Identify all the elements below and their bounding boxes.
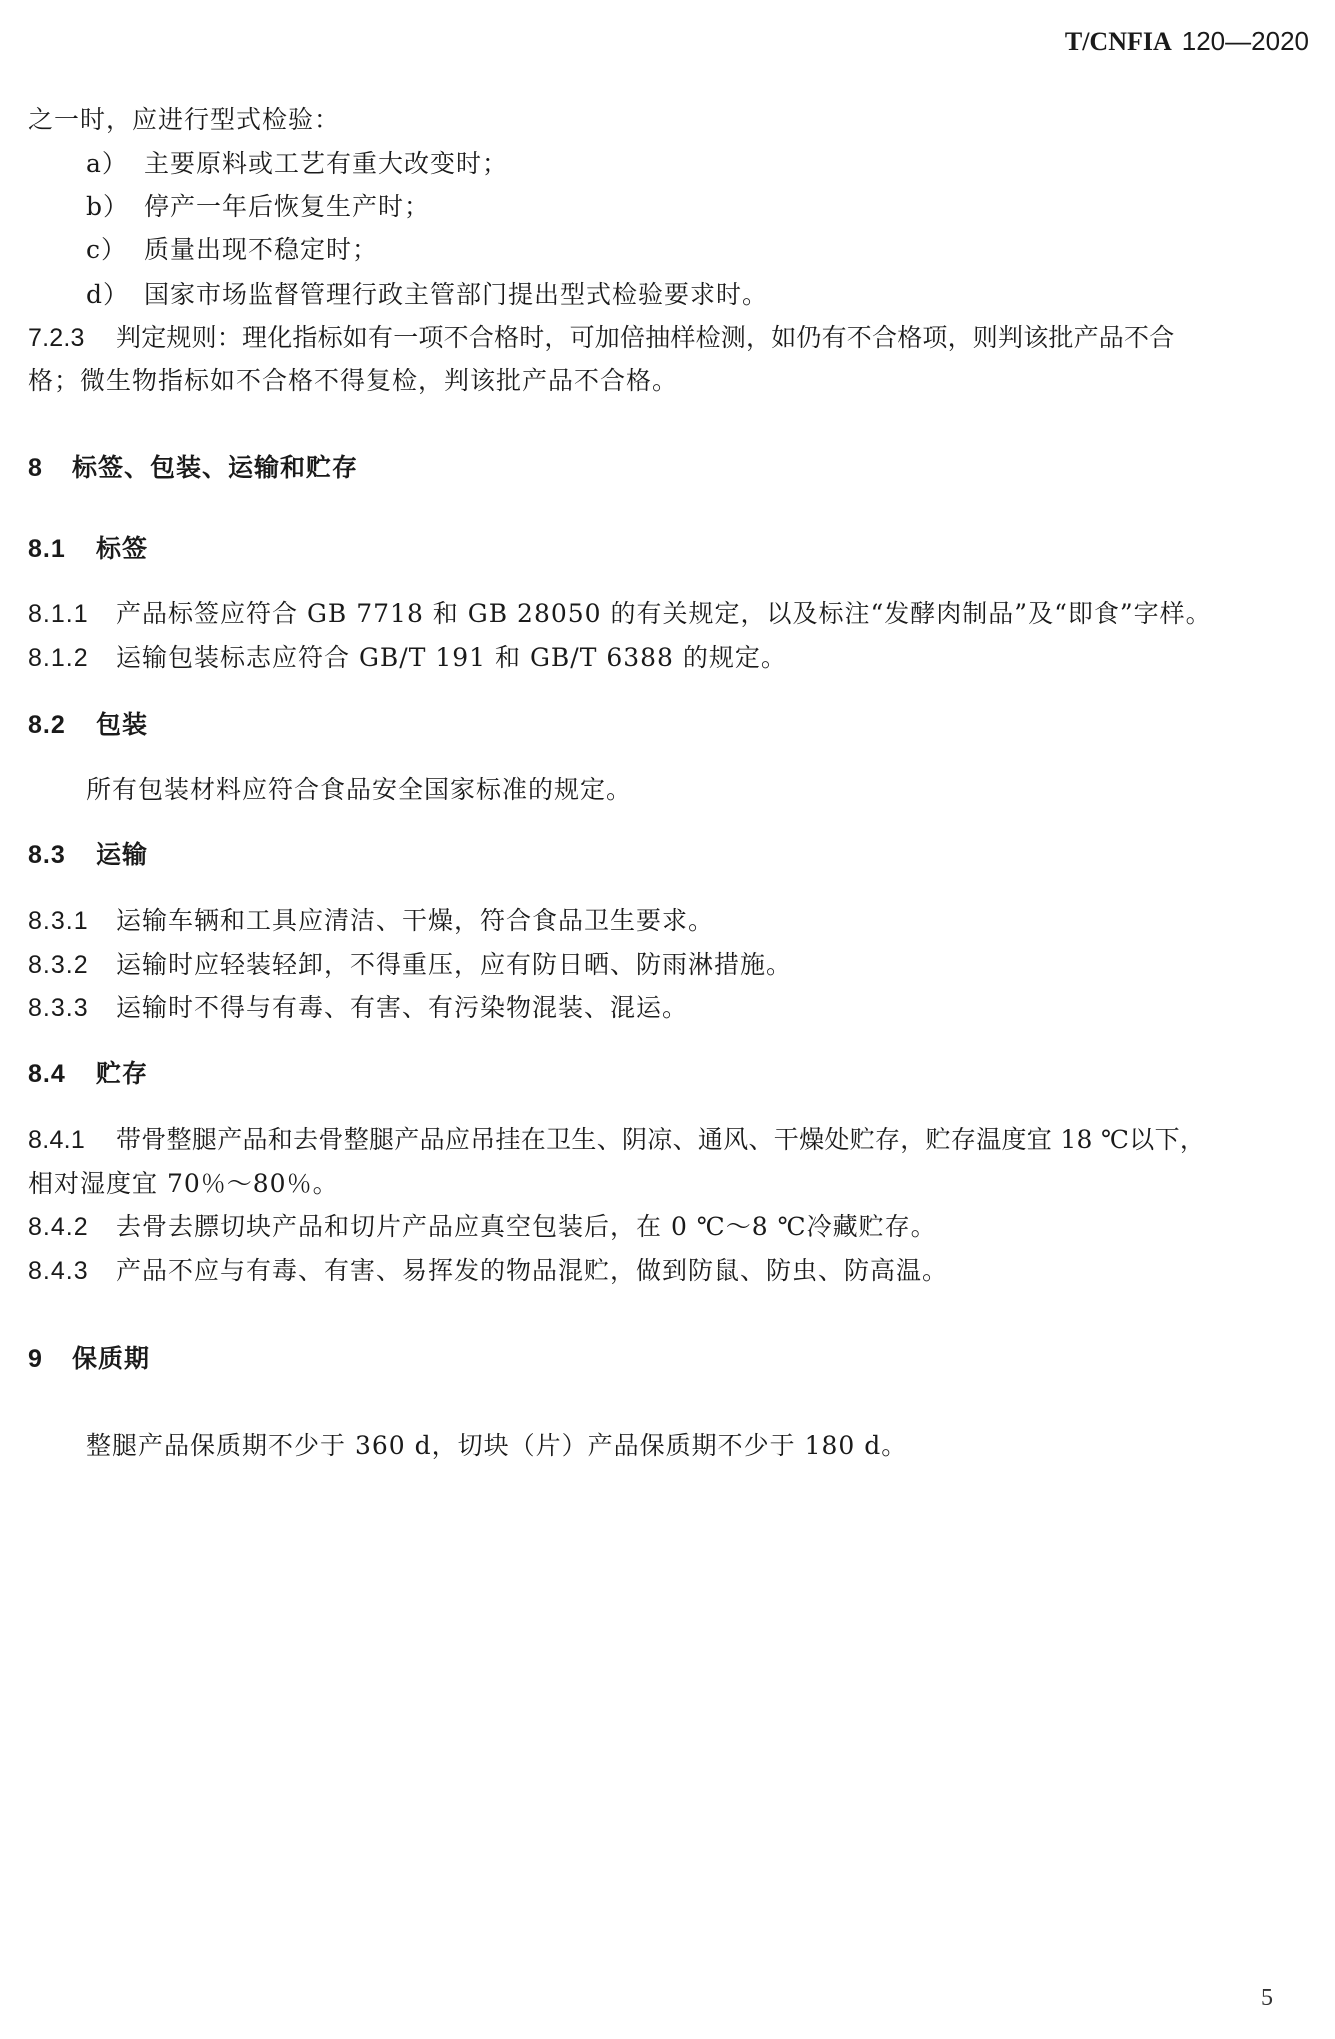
list-text: 主要原料或工艺有重大改变时； bbox=[144, 149, 508, 178]
subsection-title: 标签 bbox=[96, 534, 148, 563]
list-item-d: d）国家市场监督管理行政主管部门提出型式检验要求时。 bbox=[86, 280, 768, 310]
clause-8-4-1: 8.4.1带骨整腿产品和去骨整腿产品应吊挂在卫生、阴凉、通风、干燥处贮存，贮存温… bbox=[28, 1125, 1205, 1155]
subsection-number: 8.2 bbox=[28, 710, 96, 740]
subsection-title: 运输 bbox=[96, 840, 148, 869]
clause-8-4-1-continuation: 相对湿度宜 70％～80％。 bbox=[28, 1169, 339, 1199]
list-marker: d） bbox=[86, 280, 144, 310]
subsection-number: 8.1 bbox=[28, 534, 96, 564]
list-marker: b） bbox=[86, 192, 144, 222]
section-number: 9 bbox=[28, 1344, 72, 1374]
subsection-title: 贮存 bbox=[96, 1059, 148, 1088]
clause-text: 运输时应轻装轻卸，不得重压，应有防日晒、防雨淋措施。 bbox=[116, 950, 792, 979]
subsection-number: 8.4 bbox=[28, 1059, 96, 1089]
section-heading-9: 9保质期 bbox=[28, 1344, 150, 1374]
clause-number: 8.3.1 bbox=[28, 906, 116, 936]
clause-number: 8.3.3 bbox=[28, 993, 116, 1023]
clause-8-1-2: 8.1.2运输包装标志应符合 GB/T 191 和 GB/T 6388 的规定。 bbox=[28, 643, 787, 673]
list-text: 质量出现不稳定时； bbox=[144, 235, 378, 264]
paragraph-8-2: 所有包装材料应符合食品安全国家标准的规定。 bbox=[86, 775, 632, 805]
clause-text: 判定规则：理化指标如有一项不合格时，可加倍抽样检测，如仍有不合格项，则判该批产品… bbox=[116, 323, 1174, 352]
clause-8-4-3: 8.4.3产品不应与有毒、有害、易挥发的物品混贮，做到防鼠、防虫、防高温。 bbox=[28, 1256, 948, 1286]
clause-text: 运输包装标志应符合 GB/T 191 和 GB/T 6388 的规定。 bbox=[116, 643, 787, 672]
section-title: 标签、包装、运输和贮存 bbox=[72, 453, 358, 482]
clause-text: 去骨去膘切块产品和切片产品应真空包装后，在 0 ℃～8 ℃冷藏贮存。 bbox=[116, 1212, 937, 1241]
clause-8-3-1: 8.3.1运输车辆和工具应清洁、干燥，符合食品卫生要求。 bbox=[28, 906, 714, 936]
clause-text: 产品不应与有毒、有害、易挥发的物品混贮，做到防鼠、防虫、防高温。 bbox=[116, 1256, 948, 1285]
list-marker: c） bbox=[86, 235, 144, 265]
subsection-heading-8-4: 8.4贮存 bbox=[28, 1059, 148, 1089]
list-item-c: c）质量出现不稳定时； bbox=[86, 235, 378, 265]
clause-7-2-3: 7.2.3判定规则：理化指标如有一项不合格时，可加倍抽样检测，如仍有不合格项，则… bbox=[28, 323, 1174, 353]
clause-number: 8.3.2 bbox=[28, 950, 116, 980]
clause-8-4-2: 8.4.2去骨去膘切块产品和切片产品应真空包装后，在 0 ℃～8 ℃冷藏贮存。 bbox=[28, 1212, 937, 1242]
subsection-heading-8-2: 8.2包装 bbox=[28, 710, 148, 740]
section-number: 8 bbox=[28, 453, 72, 483]
section-title: 保质期 bbox=[72, 1344, 150, 1373]
clause-number: 7.2.3 bbox=[28, 323, 116, 353]
standard-prefix: T/CNFIA bbox=[1065, 27, 1172, 56]
clause-number: 8.1.1 bbox=[28, 599, 116, 629]
standard-number: 120—2020 bbox=[1182, 26, 1309, 56]
subsection-title: 包装 bbox=[96, 710, 148, 739]
clause-text: 产品标签应符合 GB 7718 和 GB 28050 的有关规定，以及标注“发酵… bbox=[116, 599, 1212, 628]
clause-8-1-1: 8.1.1产品标签应符合 GB 7718 和 GB 28050 的有关规定，以及… bbox=[28, 599, 1212, 629]
clause-number: 8.4.2 bbox=[28, 1212, 116, 1242]
clause-text: 运输车辆和工具应清洁、干燥，符合食品卫生要求。 bbox=[116, 906, 714, 935]
clause-text: 运输时不得与有毒、有害、有污染物混装、混运。 bbox=[116, 993, 688, 1022]
clause-8-3-3: 8.3.3运输时不得与有毒、有害、有污染物混装、混运。 bbox=[28, 993, 688, 1023]
subsection-number: 8.3 bbox=[28, 840, 96, 870]
list-text: 停产一年后恢复生产时； bbox=[144, 192, 430, 221]
subsection-heading-8-3: 8.3运输 bbox=[28, 840, 148, 870]
list-item-a: a）主要原料或工艺有重大改变时； bbox=[86, 149, 508, 179]
subsection-heading-8-1: 8.1标签 bbox=[28, 534, 148, 564]
list-marker: a） bbox=[86, 149, 144, 179]
paragraph-9: 整腿产品保质期不少于 360 d，切块（片）产品保质期不少于 180 d。 bbox=[86, 1431, 907, 1461]
standard-code: T/CNFIA120—2020 bbox=[1065, 26, 1309, 57]
clause-number: 8.4.1 bbox=[28, 1125, 116, 1155]
section-heading-8: 8标签、包装、运输和贮存 bbox=[28, 453, 358, 483]
clause-7-2-3-continuation: 格；微生物指标如不合格不得复检，判该批产品不合格。 bbox=[28, 366, 678, 396]
page-number: 5 bbox=[1261, 1985, 1273, 2012]
continuation-intro: 之一时，应进行型式检验： bbox=[28, 105, 340, 135]
clause-number: 8.4.3 bbox=[28, 1256, 116, 1286]
list-text: 国家市场监督管理行政主管部门提出型式检验要求时。 bbox=[144, 280, 768, 309]
list-item-b: b）停产一年后恢复生产时； bbox=[86, 192, 430, 222]
clause-8-3-2: 8.3.2运输时应轻装轻卸，不得重压，应有防日晒、防雨淋措施。 bbox=[28, 950, 792, 980]
clause-text: 带骨整腿产品和去骨整腿产品应吊挂在卫生、阴凉、通风、干燥处贮存，贮存温度宜 18… bbox=[116, 1125, 1205, 1154]
clause-number: 8.1.2 bbox=[28, 643, 116, 673]
